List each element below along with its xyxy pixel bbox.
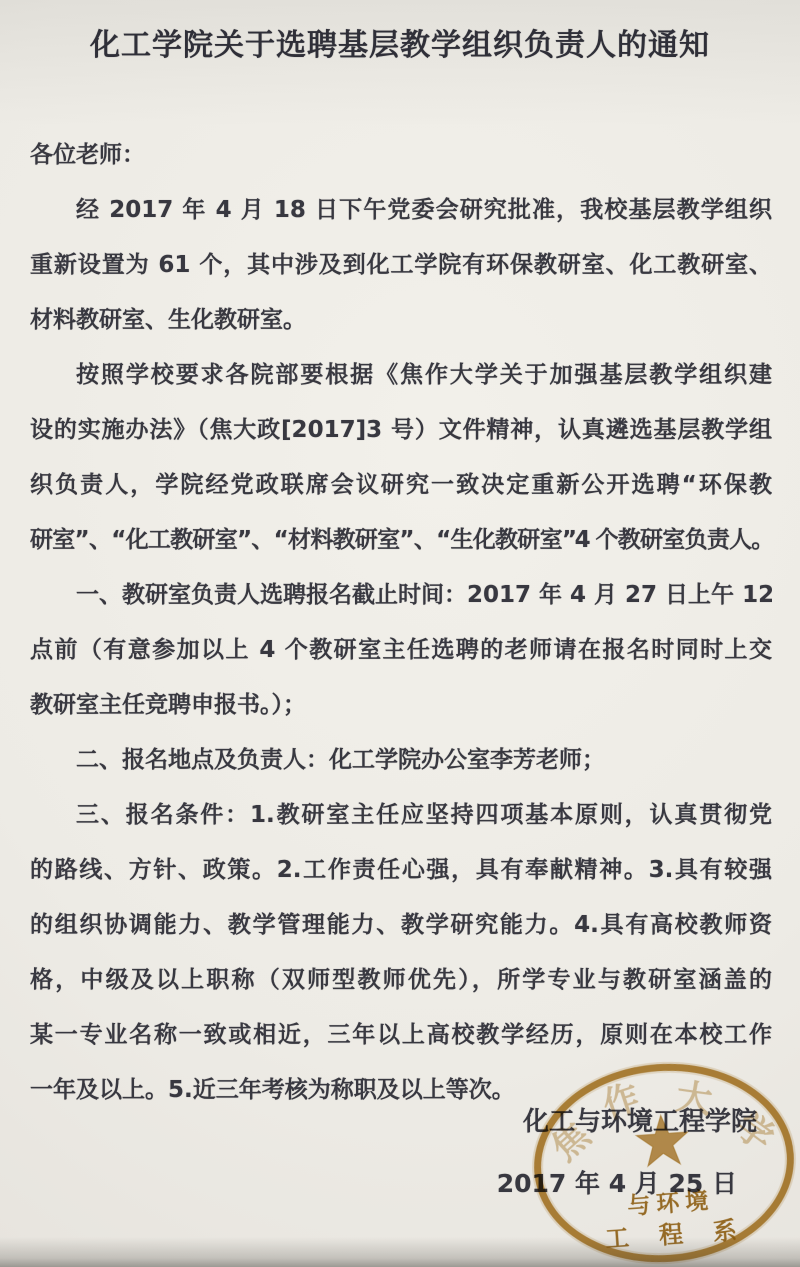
paragraph: 三、报名条件：1.教研室主任应坚持四项基本原则，认真贯彻党 的路线、方针、政策。… [30, 788, 772, 1118]
text-line: 按照学校要求各院部要根据《焦作大学关于加强基层教学组织建 [30, 348, 772, 403]
document-title: 化工学院关于选聘基层教学组织负责人的通知 [0, 20, 800, 64]
text-line: 二、报名地点及负责人：化工学院办公室李芳老师； [30, 733, 772, 788]
signature-date: 2017 年 4 月 25 日 [497, 1164, 737, 1204]
signature-organization: 化工与环境工程学院 [523, 1102, 757, 1142]
text-line: 一、教研室负责人选聘报名截止时间：2017 年 4 月 27 日上午 12 [30, 568, 772, 623]
text-line: 格，中级及以上职称（双师型教师优先），所学专业与教研室涵盖的 [30, 953, 772, 1008]
text-line: 织负责人，学院经党政联席会议研究一致决定重新公开选聘“环保教 [30, 458, 772, 513]
text-line: 经 2017 年 4 月 18 日下午党委会研究批准，我校基层教学组织 [30, 183, 772, 238]
text-line: 材料教研室、生化教研室。 [30, 293, 772, 348]
text-line: 点前（有意参加以上 4 个教研室主任选聘的老师请在报名时同时上交 [30, 623, 772, 678]
document-body: 各位老师： 经 2017 年 4 月 18 日下午党委会研究批准，我校基层教学组… [30, 128, 772, 1118]
text-line: 的组织协调能力、教学管理能力、教学研究能力。4.具有高校教师资 [30, 898, 772, 953]
text-line: 三、报名条件：1.教研室主任应坚持四项基本原则，认真贯彻党 [30, 788, 772, 843]
paragraph: 经 2017 年 4 月 18 日下午党委会研究批准，我校基层教学组织 重新设置… [30, 183, 772, 348]
salutation: 各位老师： [30, 128, 772, 183]
text-line: 某一专业名称一致或相近，三年以上高校教学经历，原则在本校工作 [30, 1008, 772, 1063]
text-line: 重新设置为 61 个，其中涉及到化工学院有环保教研室、化工教研室、 [30, 238, 772, 293]
text-line: 教研室主任竞聘申报书。）； [30, 678, 772, 733]
document-page: 化工学院关于选聘基层教学组织负责人的通知 各位老师： 经 2017 年 4 月 … [0, 0, 800, 1267]
paragraph: 二、报名地点及负责人：化工学院办公室李芳老师； [30, 733, 772, 788]
text-line: 的路线、方针、政策。2.工作责任心强，具有奉献精神。3.具有较强 [30, 843, 772, 898]
paragraph: 按照学校要求各院部要根据《焦作大学关于加强基层教学组织建 设的实施办法》（焦大政… [30, 348, 772, 568]
seal-text-line: 工程系 [545, 1206, 793, 1258]
text-line: 研室”、“化工教研室”、“材料教研室”、“生化教研室”4 个教研室负责人。 [30, 513, 772, 568]
text-line: 设的实施办法》（焦大政[2017]3 号）文件精神，认真遴选基层教学组 [30, 403, 772, 458]
paragraph: 一、教研室负责人选聘报名截止时间：2017 年 4 月 27 日上午 12 点前… [30, 568, 772, 733]
